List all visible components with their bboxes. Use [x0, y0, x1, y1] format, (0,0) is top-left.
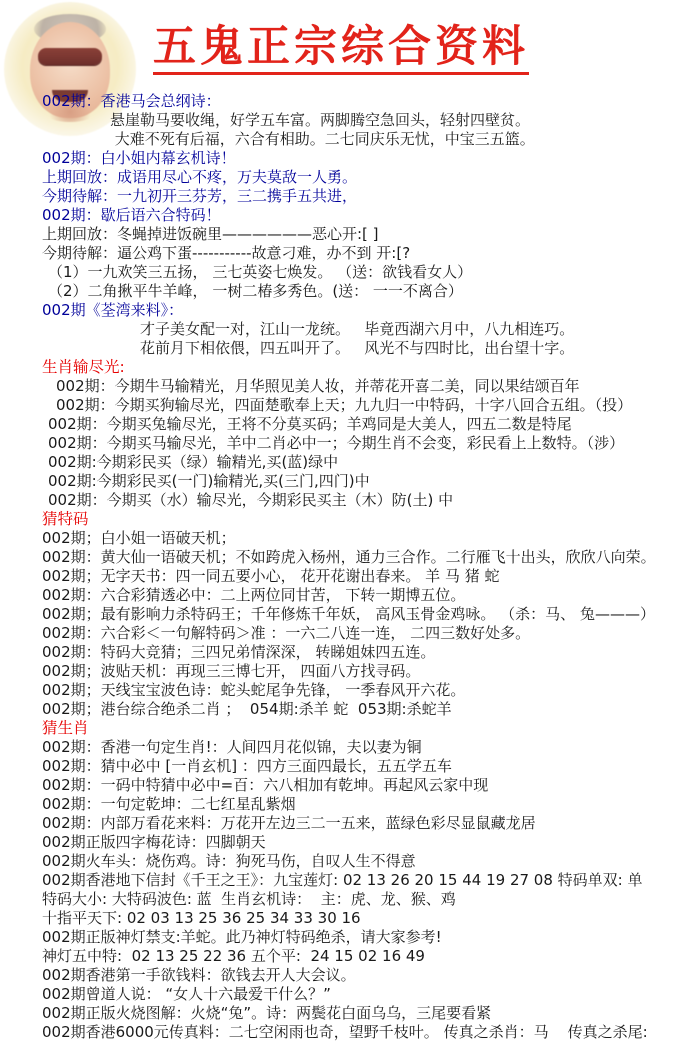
page-title: 五鬼正宗综合资料 [153, 24, 529, 75]
entry-heading: 002期：香港马会总纲诗： [0, 92, 695, 111]
text-line: 002期：今期买狗输尽光，四面楚歌奉上天；九九归一中特码，十字八回合五组。（投） [0, 396, 695, 415]
entry-heading: 002期《荃湾来料》： [0, 301, 695, 320]
text-line: 002期：今期牛马输精光，月华照见美人妆，并蒂花开喜二美，同以果结颂百年 [0, 377, 695, 396]
text-line: 002期香港第一手欲钱料：欲钱去开人大会议。 [0, 966, 695, 985]
text-line: 002期：一码中特猜中必中=百：六八相加有乾坤。再起风云家中现 [0, 776, 695, 795]
text-line: 002期：六合彩＜一句解特码＞准 ：一六二八连一连， 二四三数好处多。 [0, 624, 695, 643]
text-line: 002期正版神灯禁支:羊蛇。此乃神灯特码绝杀，请大家参考! [0, 928, 695, 947]
text-line: 002期:今期彩民买(一门)输精光,买(三门,四门)中 [0, 472, 695, 491]
text-line: 002期：黄大仙一语破天机；不如跨虎入杨州，通力三合作。二行雁飞十出头，欣欣八向… [0, 548, 695, 567]
text-line: 神灯五中特: 02 13 25 22 36 五个平: 24 15 02 16 4… [0, 947, 695, 966]
text-line: 002期；无字天书：四一同五要小心， 花开花谢出春来。 羊 马 猪 蛇 [0, 567, 695, 586]
text-line: （1）一九欢笑三五扬， 三七英姿七焕发。 （送：欲钱看女人） [0, 263, 695, 282]
text-line: 悬崖勒马要收绳，好学五车富。两脚腾空急回头，轻射四壁贫。 [0, 111, 695, 130]
lottery-info-sheet: { "title": "五鬼正宗综合资料", "colors": { "titl… [0, 0, 695, 1045]
text-line: 十指平天下: 02 03 13 25 36 25 34 33 30 16 [0, 909, 695, 928]
text-line: 002期：猜中必中 [一肖玄机] ：四方三面四最长，五五学五车 [0, 757, 695, 776]
text-line: 002期：一句定乾坤：二七红星乱紫烟 [0, 795, 695, 814]
section-heading: 生肖输尽光: [0, 358, 695, 377]
text-line: 002期正版四字梅花诗：四脚朝天 [0, 833, 695, 852]
text-line: 今期待解：逼公鸡下蛋-----------故意刁难，办不到 开:[? [0, 244, 695, 263]
section-heading: 猜生肖 [0, 719, 695, 738]
entry-heading: 002期：白小姐内幕玄机诗！ [0, 149, 695, 168]
text-line: 002期：香港一句定生肖!：人间四月花似锦，夫以妻为铜 [0, 738, 695, 757]
entry-heading: 上期回放：成语用尽心不疼，万夫莫敌一人勇。 [0, 168, 695, 187]
content-lines: 002期：香港马会总纲诗：悬崖勒马要收绳，好学五车富。两脚腾空急回头，轻射四壁贫… [0, 92, 695, 1042]
text-line: （2）二角揪平牛羊峰， 一树二椿多秀色。(送： 一一不离合） [0, 282, 695, 301]
entry-heading: 002期：歇后语六合特码！ [0, 206, 695, 225]
text-line: 002期；港台综合绝杀二肖 ； 054期:杀羊 蛇 053期:杀蛇羊 [0, 700, 695, 719]
text-line: 002期：今期买（水）输尽光，今期彩民买主（木）防(土) 中 [0, 491, 695, 510]
entry-heading: 今期待解：一九初开三芬芳，三二携手五共进， [0, 187, 695, 206]
text-line: 特码大小: 大特码波色: 蓝 生肖玄机诗： 主：虎、龙、猴、鸡 [0, 890, 695, 909]
text-line: 上期回放：冬蝇掉进饭碗里——————恶心开:[ ] [0, 225, 695, 244]
text-line: 才子美女配一对，江山一龙统。 毕竟西湖六月中，八九相连巧。 [0, 320, 695, 339]
text-line: 002期；天线宝宝波色诗：蛇头蛇尾争先锋， 一季春风开六花。 [0, 681, 695, 700]
text-line: 002期；最有影响力杀特码王；千年修炼千年妖， 高风玉骨金鸡咏。 （杀：马、 兔… [0, 605, 695, 624]
section-heading: 猜特码 [0, 510, 695, 529]
text-line: 大难不死有后福，六合有相助。二七同庆乐无忧，中宝三五篮。 [0, 130, 695, 149]
text-line: 002期香港6000元传真料：二七空闲雨也奇，望野千枝叶。 传真之杀肖：马 传真… [0, 1023, 695, 1042]
text-line: 002期；波贴天机：再现三三博七开， 四面八方找寻码。 [0, 662, 695, 681]
text-line: 002期曾道人说： “女人十六最爱干什么？” [0, 985, 695, 1004]
text-line: 002期：内部万看花来料：万花开左边三二一五来，蓝绿色彩尽显鼠藏龙居 [0, 814, 695, 833]
text-line: 002期正版火烧图解：火烧“兔”。诗：两鬓花白面乌乌，三尾要看紧 [0, 1004, 695, 1023]
text-line: 002期；白小姐一语破天机； [0, 529, 695, 548]
text-line: 002期：特码大竞猜；三四兄弟情深深， 转睇姐妹四五连。 [0, 643, 695, 662]
text-line: 002期香港地下信封《千王之王》：九宝莲灯: 02 13 26 20 15 44… [0, 871, 695, 890]
text-line: 002期：今期买马输尽光，羊中二肖必中一；今期生肖不会变，彩民看上上数特。（涉） [0, 434, 695, 453]
text-line: 002期:今期彩民买（绿）输精光,买(蓝)绿中 [0, 453, 695, 472]
text-line: 002期火车头：烧伤鸡。诗：狗死马伤，自叹人生不得意 [0, 852, 695, 871]
text-line: 002期：六合彩猜透必中：二上两位同甘苦， 下转一期博五位。 [0, 586, 695, 605]
text-line: 花前月下相依偎，四五叫开了。 风光不与四时比，出台望十字。 [0, 339, 695, 358]
sunglasses-icon [38, 48, 102, 65]
text-line: 002期：今期买兔输尽光，王将不分莫买码；羊鸡同是大美人，四五二数是特尾 [0, 415, 695, 434]
